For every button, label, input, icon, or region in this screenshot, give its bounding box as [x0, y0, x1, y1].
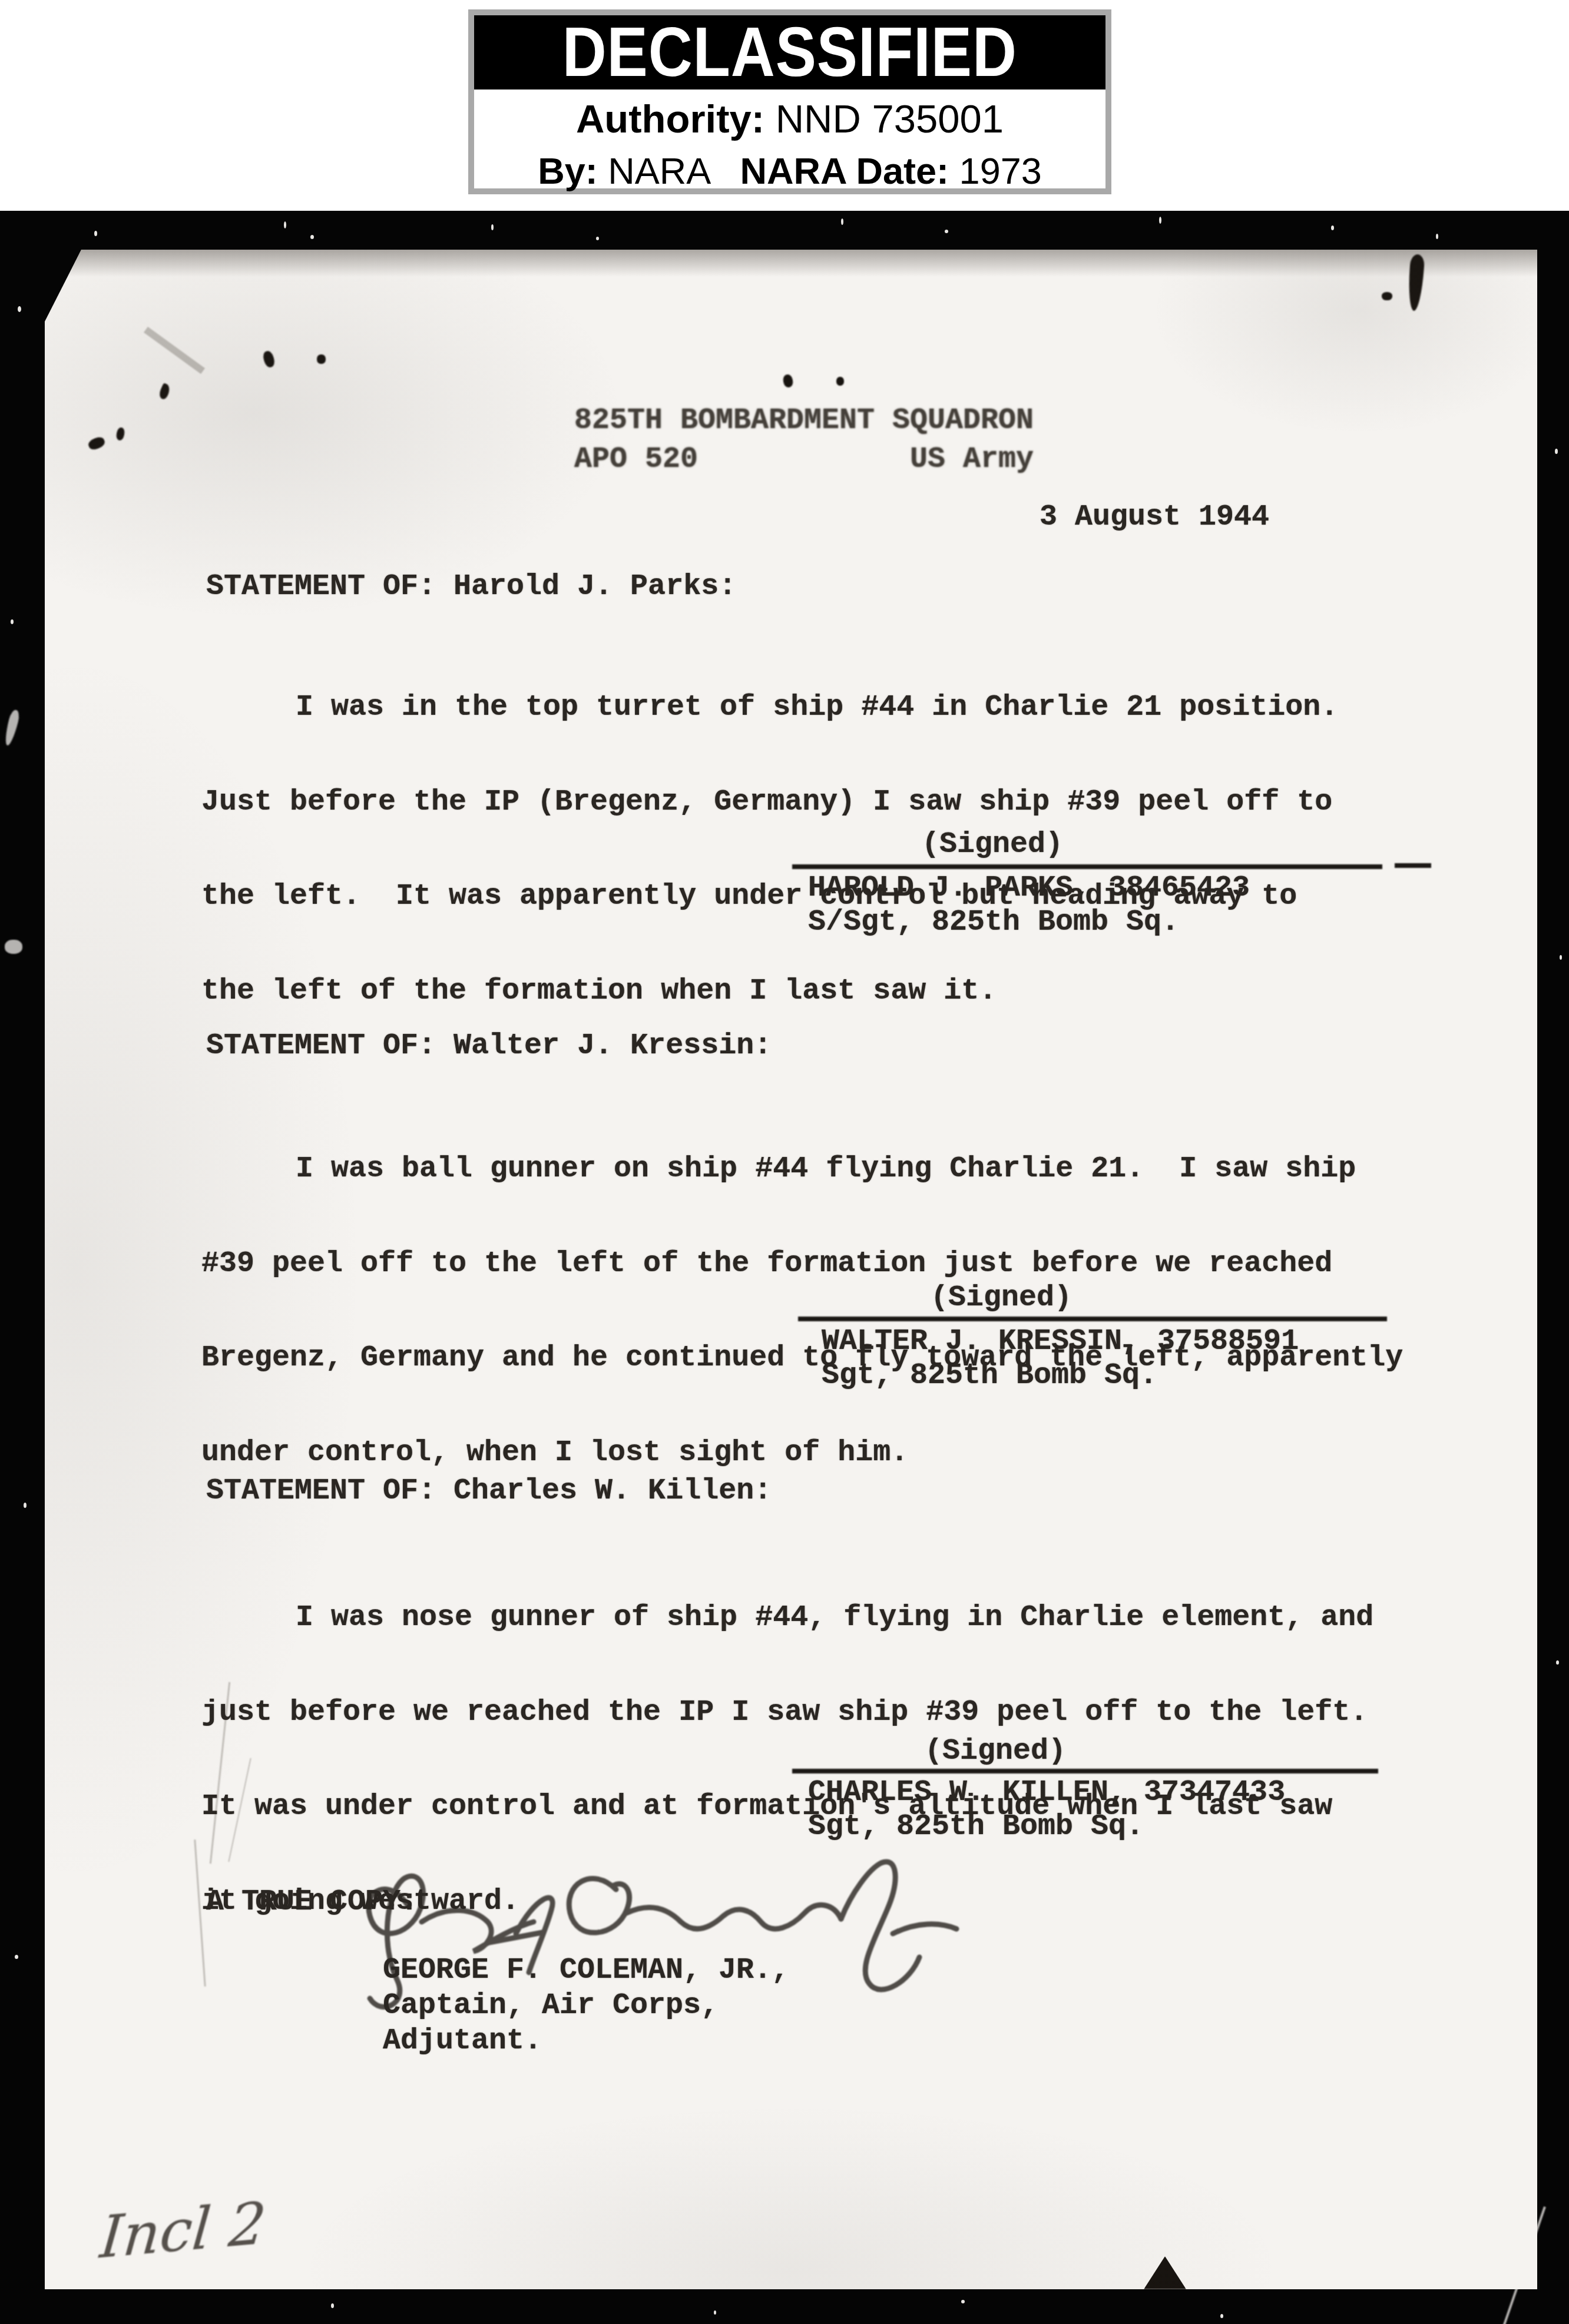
film-scratch — [5, 940, 22, 954]
statement-2-signed-label: (Signed) — [931, 1284, 1072, 1313]
statement-2-line: #39 peel off to the left of the formatio… — [201, 1248, 1403, 1280]
statement-2-line: under control, when I lost sight of him. — [201, 1437, 1403, 1469]
statement-1-body: I was in the top turret of ship #44 in C… — [201, 629, 1338, 1070]
statement-1-name: HAROLD J. PARKS, 38465423 — [808, 874, 1250, 903]
letterhead-branch: US Army — [910, 445, 1034, 475]
statement-3-line: just before we reached the IP I saw ship… — [201, 1697, 1373, 1729]
statement-2-signature-line — [798, 1317, 1387, 1321]
statement-2-line: I was ball gunner on ship #44 flying Cha… — [201, 1153, 1403, 1185]
by-date-line: By: NARA NARA Date: 1973 — [474, 150, 1105, 193]
letterhead-apo: APO 520 — [574, 445, 698, 475]
declassified-stamp: DECLASSIFIED Authority: NND 735001 By: N… — [468, 9, 1111, 194]
statement-1-heading: STATEMENT OF: Harold J. Parks: — [206, 572, 736, 602]
statement-2-rank: Sgt, 825th Bomb Sq. — [822, 1361, 1157, 1391]
authority-value: NND 735001 — [776, 97, 1004, 141]
statement-3-signature-line — [792, 1769, 1378, 1773]
document-date: 3 August 1944 — [1040, 503, 1269, 532]
statement-1-signed-label: (Signed) — [922, 830, 1063, 860]
certification-rank: Captain, Air Corps, — [383, 1991, 719, 2021]
statement-3-heading: STATEMENT OF: Charles W. Killen: — [206, 1477, 772, 1506]
statement-1-line: Just before the IP (Bregenz, Germany) I … — [201, 787, 1338, 818]
statement-2-body: I was ball gunner on ship #44 flying Cha… — [201, 1090, 1403, 1531]
authority-label: Authority: — [576, 97, 764, 141]
declassified-banner: DECLASSIFIED — [474, 15, 1105, 89]
film-scratch — [3, 709, 21, 747]
statement-1-line: I was in the top turret of ship #44 in C… — [201, 692, 1338, 724]
statement-3-signed-label: (Signed) — [925, 1737, 1066, 1766]
incl-annotation: Incl 2 — [97, 2190, 269, 2272]
statement-1-signature-line — [792, 864, 1382, 869]
declassified-title: DECLASSIFIED — [562, 15, 1017, 89]
certification-name: GEORGE F. COLEMAN, JR., — [383, 1956, 789, 1985]
statement-1-rank: S/Sgt, 825th Bomb Sq. — [808, 908, 1179, 937]
statement-3-name: CHARLES W. KILLEN, 37347433 — [808, 1778, 1285, 1808]
top-margin-strip: DECLASSIFIED Authority: NND 735001 By: N… — [0, 0, 1569, 211]
statement-1-signature-line-dash — [1395, 863, 1431, 868]
statement-1-line: the left of the formation when I last sa… — [201, 976, 1338, 1007]
certification-title: Adjutant. — [383, 2027, 542, 2056]
nara-date-value: 1973 — [959, 151, 1042, 192]
nara-date-label: NARA Date: — [740, 151, 949, 192]
authority-line: Authority: NND 735001 — [474, 97, 1105, 142]
document-sheet: 825TH BOMBARDMENT SQUADRON APO 520 US Ar… — [45, 250, 1537, 2289]
letterhead-unit: 825TH BOMBARDMENT SQUADRON — [574, 406, 1034, 436]
statement-2-name: WALTER J. KRESSIN, 37588591 — [822, 1327, 1299, 1357]
by-label: By: — [538, 151, 598, 192]
scanned-document-page: DECLASSIFIED Authority: NND 735001 By: N… — [0, 0, 1569, 2324]
statement-2-heading: STATEMENT OF: Walter J. Kressin: — [206, 1032, 772, 1061]
by-value: NARA — [608, 151, 709, 192]
statement-3-line: I was nose gunner of ship #44, flying in… — [201, 1602, 1373, 1634]
